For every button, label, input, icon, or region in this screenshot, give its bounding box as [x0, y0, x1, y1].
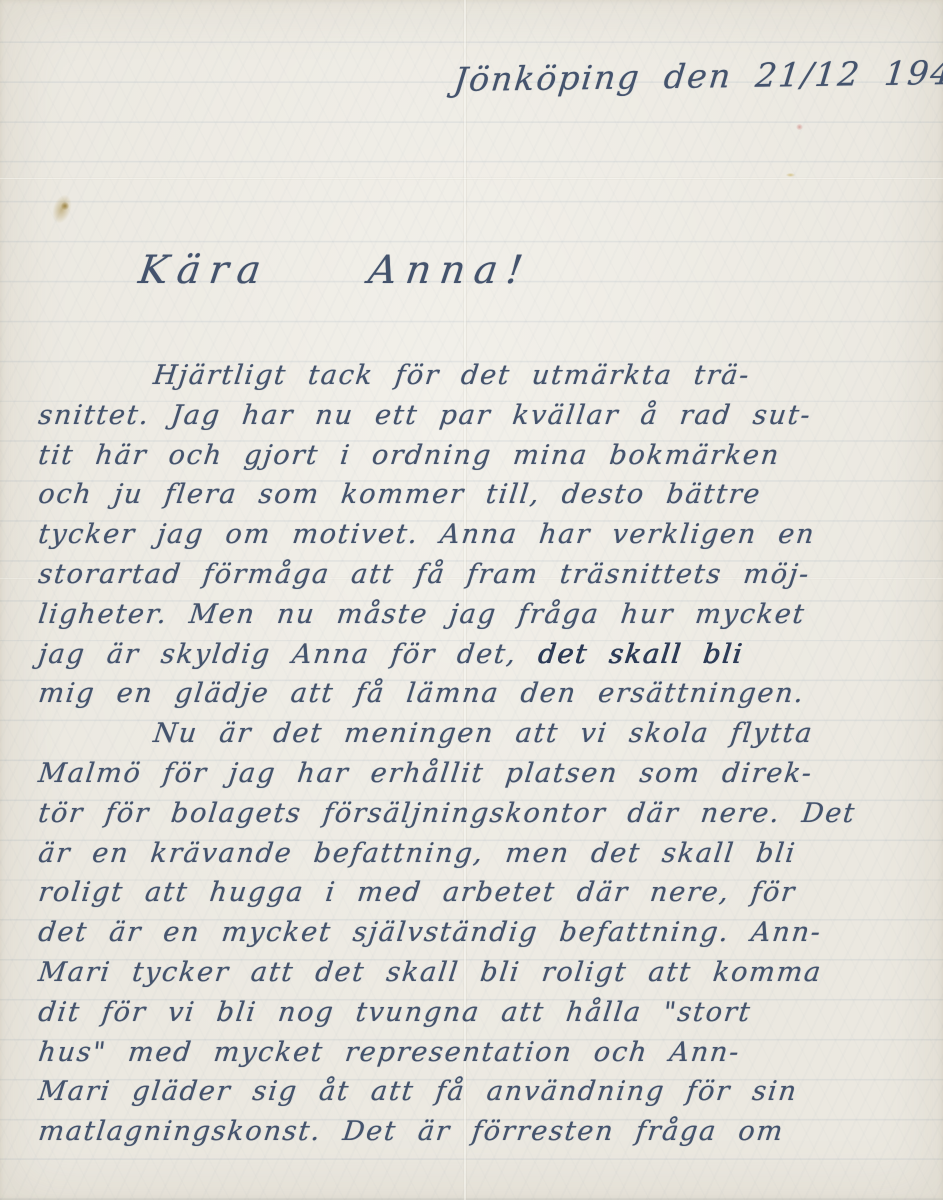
- handwritten-text-bold: det skall bli: [537, 639, 746, 670]
- handwritten-line: dit för vi bli nog tvungna att hålla "st…: [36, 993, 927, 1033]
- handwritten-line: matlagningskonst. Det är förresten fråga…: [36, 1112, 927, 1152]
- handwritten-line: det är en mycket självständig befattning…: [36, 913, 927, 953]
- handwritten-line: snittet. Jag har nu ett par kvällar å ra…: [36, 396, 927, 436]
- handwritten-text: Mari gläder sig åt att få användning för…: [37, 1076, 800, 1107]
- handwritten-text: snittet. Jag har nu ett par kvällar å ra…: [37, 400, 814, 431]
- handwritten-text: Nu är det meningen att vi skola flytta: [152, 718, 816, 749]
- letter-body: Hjärtligt tack för det utmärkta trä-snit…: [36, 356, 922, 1152]
- handwritten-text: roligt att hugga i med arbetet där nere,…: [37, 877, 798, 908]
- handwritten-line: mig en glädje att få lämna den ersättnin…: [36, 674, 927, 714]
- horizontal-fold-crease: [0, 177, 943, 180]
- handwritten-line: Mari tycker att det skall bli roligt att…: [36, 953, 927, 993]
- handwritten-text: Hjärtligt tack för det utmärkta trä-: [152, 360, 753, 391]
- handwritten-line: tit här och gjort i ordning mina bokmärk…: [36, 436, 927, 476]
- handwritten-text: tit här och gjort i ordning mina bokmärk…: [37, 440, 782, 471]
- salutation: Kära Anna!: [136, 248, 534, 293]
- handwritten-line: storartad förmåga att få fram träsnittet…: [36, 555, 927, 595]
- handwritten-text: och ju flera som kommer till, desto bätt…: [37, 479, 764, 510]
- handwritten-text: storartad förmåga att få fram träsnittet…: [37, 559, 812, 590]
- handwritten-line: Malmö för jag har erhållit platsen som d…: [36, 754, 927, 794]
- handwritten-text: Mari tycker att det skall bli roligt att…: [37, 957, 824, 988]
- handwritten-text: är en krävande befattning, men det skall…: [37, 838, 798, 869]
- handwritten-text: dit för vi bli nog tvungna att hålla "st…: [37, 997, 754, 1028]
- dateline: Jönköping den 21/12 1943: [452, 53, 943, 99]
- handwritten-text: tycker jag om motivet. Anna har verklige…: [37, 519, 818, 550]
- handwritten-text: mig en glädje att få lämna den ersättnin…: [37, 678, 807, 709]
- handwritten-text: hus" med mycket representation och Ann-: [37, 1037, 743, 1068]
- handwritten-line: jag är skyldig Anna för det, det skall b…: [36, 635, 927, 675]
- paper-stain: [796, 124, 803, 130]
- handwritten-line: och ju flera som kommer till, desto bätt…: [36, 475, 927, 515]
- handwritten-line: roligt att hugga i med arbetet där nere,…: [36, 873, 927, 913]
- handwritten-line: är en krävande befattning, men det skall…: [36, 834, 927, 874]
- handwritten-line: hus" med mycket representation och Ann-: [36, 1033, 927, 1073]
- handwritten-line: ligheter. Men nu måste jag fråga hur myc…: [36, 595, 927, 635]
- handwritten-line: tycker jag om motivet. Anna har verklige…: [36, 515, 927, 555]
- handwritten-text: tör för bolagets försäljningskontor där …: [37, 798, 858, 829]
- letter-page: Jönköping den 21/12 1943 Kära Anna! Hjär…: [0, 0, 943, 1200]
- handwritten-text: jag är skyldig Anna för det,: [37, 639, 541, 670]
- handwritten-text: Malmö för jag har erhållit platsen som d…: [37, 758, 815, 789]
- handwritten-line: Nu är det meningen att vi skola flytta: [36, 714, 927, 754]
- handwritten-line: Hjärtligt tack för det utmärkta trä-: [36, 356, 927, 396]
- paper-stain: [61, 202, 69, 210]
- handwritten-line: Mari gläder sig åt att få användning för…: [36, 1072, 927, 1112]
- handwritten-text: ligheter. Men nu måste jag fråga hur myc…: [37, 599, 808, 630]
- handwritten-text: matlagningskonst. Det är förresten fråga…: [37, 1116, 786, 1147]
- handwritten-text: det är en mycket självständig befattning…: [37, 917, 824, 948]
- paper-stain: [786, 173, 795, 177]
- handwritten-line: tör för bolagets försäljningskontor där …: [36, 794, 927, 834]
